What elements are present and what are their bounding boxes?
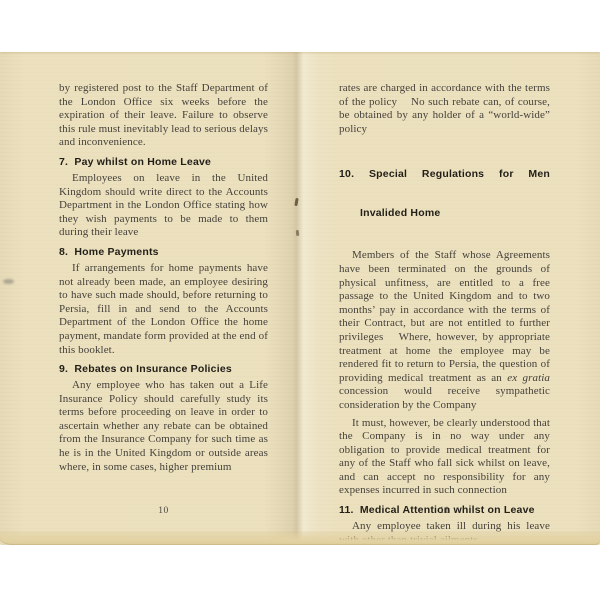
- paragraph-invalided-home-text: Members of the Staff whose Agreements ha…: [339, 249, 553, 383]
- scanned-booklet: by registered post to the Staff Departme…: [0, 52, 600, 545]
- paragraph-company-obligation: It must, however, be clearly understood …: [339, 417, 550, 499]
- paragraph-pay-home-leave: Employees on leave in the United Kingdom…: [59, 172, 268, 240]
- section-heading-10-line1: 10. Special Regulations for Men: [339, 168, 550, 181]
- paragraph-policy-rates: rates are charged in accordance with the…: [339, 82, 550, 136]
- paragraph-insurance-rebates: Any employee who has taken out a Life In…: [59, 379, 268, 474]
- paragraph-medical-attention: Any employee taken ill during his leave …: [339, 520, 550, 547]
- section-heading-10: 10. Special Regulations for Men Invalide…: [339, 142, 550, 246]
- page-number-right: 11: [339, 506, 550, 516]
- paragraph-home-payments: If arrangements for home payments have n…: [59, 262, 268, 357]
- paragraph-invalided-home: Members of the Staff whose Agreements ha…: [339, 249, 550, 412]
- staple-mark: [296, 230, 300, 236]
- section-heading-10-line2: Invalided Home: [339, 207, 550, 220]
- edge-smudge: [3, 279, 14, 284]
- right-page: rates are charged in accordance with the…: [339, 82, 550, 547]
- section-heading-9: 9. Rebates on Insurance Policies: [59, 363, 268, 376]
- page-number-left: 10: [59, 506, 268, 516]
- page-top-edge: [0, 52, 600, 55]
- paragraph-registered-post: by registered post to the Staff Departme…: [59, 82, 268, 150]
- section-heading-7: 7. Pay whilst on Home Leave: [59, 156, 268, 169]
- ex-gratia-italic: ex gratia: [507, 372, 550, 384]
- section-heading-8: 8. Home Payments: [59, 246, 268, 259]
- staple-mark: [294, 198, 298, 206]
- scan-canvas: { "colors": { "paper": "#ece1bf", "backg…: [0, 0, 600, 600]
- left-page: by registered post to the Staff Departme…: [59, 82, 268, 474]
